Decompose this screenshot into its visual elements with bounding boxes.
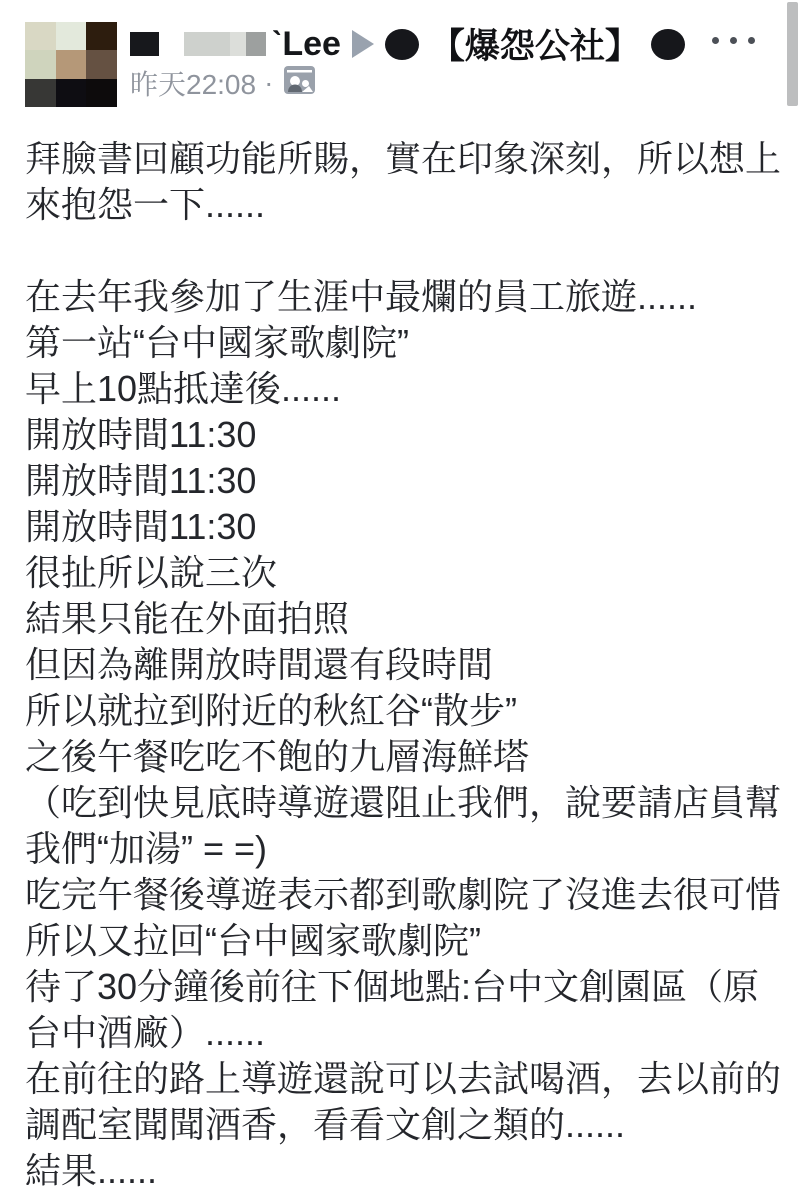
dot-separator: · [264,69,273,97]
post-meta: 昨天22:08 · [130,66,316,100]
post-text-line: 吃完午餐後導遊表示都到歌劇院了沒進去很可惜 [25,872,794,918]
post-text-line [25,228,794,274]
post-text-line: 結果只能在外面拍照 [25,596,794,642]
avatar-pixel [25,79,56,107]
scrollbar-thumb[interactable] [787,2,798,106]
more-options-button[interactable] [712,34,755,46]
avatar-pixel [86,79,117,107]
redacted-gray-block [230,32,246,56]
post-text-line: 結果...... [25,1148,794,1190]
author-name-link[interactable]: ˋLee [271,25,341,64]
post-text-line: 來抱怨一下...... [25,182,794,228]
post-text-line: 早上10點抵達後...... [25,366,794,412]
post-text-line: 第一站“台中國家歌劇院” [25,320,794,366]
redacted-gray-block [184,32,230,56]
post-text-line: 所以就拉到附近的秋紅谷“散步” [25,688,794,734]
shared-to-arrow-icon [352,30,374,58]
post-text-line: 之後午餐吃吃不飽的九層海鮮塔 [25,734,794,780]
post-text: 拜臉書回顧功能所賜，實在印象深刻，所以想上來抱怨一下...... 在去年我參加了… [0,136,800,1190]
group-name-link[interactable]: 【爆怨公社】 [430,19,640,69]
post-text-line: 但因為離開放時間還有段時間 [25,642,794,688]
dot [712,37,719,44]
avatar-pixel [25,50,56,78]
avatar-pixel [86,50,117,78]
post-text-line: 所以又拉回“台中國家歌劇院” [25,918,794,964]
post-text-line: 在前往的路上導遊還說可以去試喝酒，去以前的 [25,1056,794,1102]
post-text-line: 我們“加湯” = =) [25,826,794,872]
post-text-line: 待了30分鐘後前往下個地點:台中文創園區（原 [25,964,794,1010]
post-text-line: （吃到快見底時導遊還阻止我們，說要請店員幫 [25,780,794,826]
post-text-line: 拜臉書回顧功能所賜，實在印象深刻，所以想上 [25,136,794,182]
avatar-pixel [56,50,87,78]
post-header-title: ˋLee 【爆怨公社】 [130,26,685,62]
avatar-pixel [56,22,87,50]
redacted-name-block [130,32,159,56]
post-text-line: 在去年我參加了生涯中最爛的員工旅遊...... [25,274,794,320]
redaction-dot-icon [385,29,419,60]
avatar-pixel [56,79,87,107]
post-text-line: 台中酒廠）...... [25,1010,794,1056]
dot [748,37,755,44]
friends-group-icon [283,65,316,102]
post-text-line: 開放時間11:30 [25,458,794,504]
avatar-pixel [86,22,117,50]
dot [730,37,737,44]
timestamp-link[interactable]: 昨天22:08 [130,63,256,103]
avatar-pixel [25,22,56,50]
post-text-line: 開放時間11:30 [25,504,794,550]
post-text-line: 開放時間11:30 [25,412,794,458]
redaction-dot-icon [651,29,685,60]
post-text-line: 調配室聞聞酒香，看看文創之類的...... [25,1102,794,1148]
avatar[interactable] [25,22,117,107]
post-text-line: 很扯所以說三次 [25,550,794,596]
redacted-name-blocks-gray [184,32,266,56]
redacted-gray-block [246,32,266,56]
